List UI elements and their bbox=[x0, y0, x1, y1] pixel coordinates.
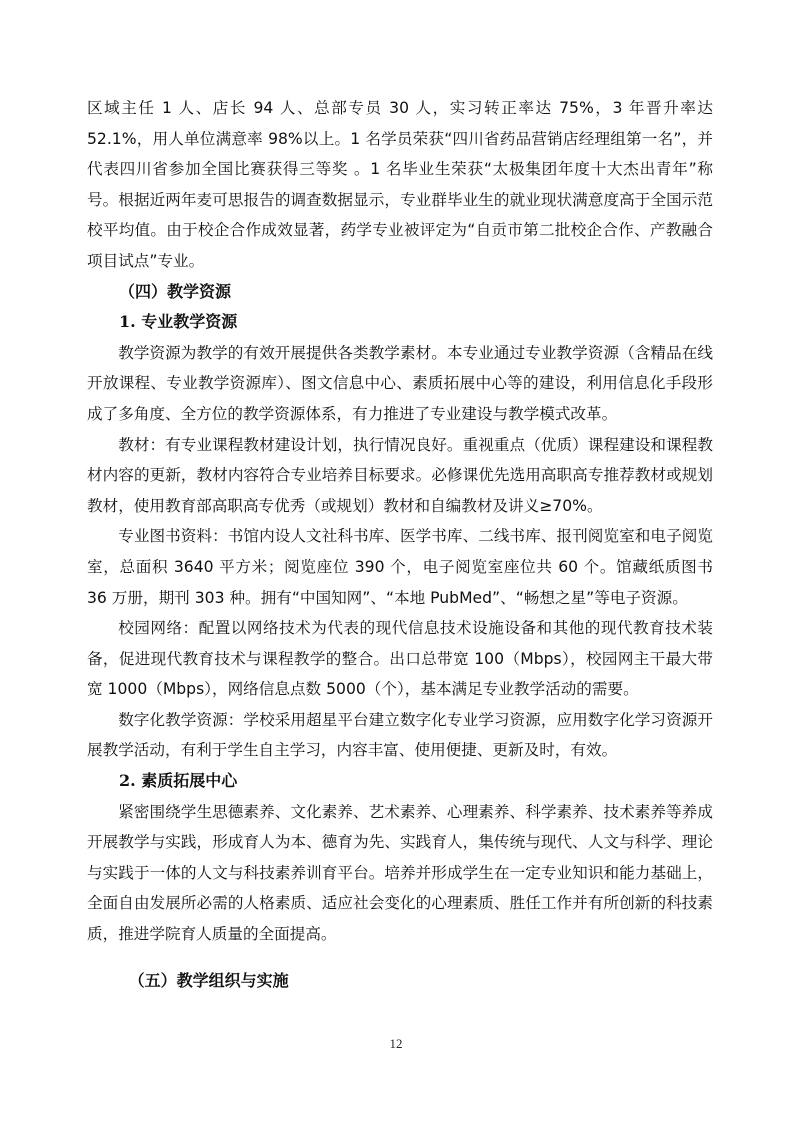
page-body: 区域主任 1 人、店长 94 人、总部专员 30 人，实习转正率达 75%，3 … bbox=[87, 93, 713, 996]
paragraph-employment-outcomes: 区域主任 1 人、店长 94 人、总部专员 30 人，实习转正率达 75%，3 … bbox=[87, 93, 713, 277]
section-heading-teaching-resources: （四）教学资源 bbox=[87, 277, 713, 308]
document-page: 区域主任 1 人、店长 94 人、总部专员 30 人，实习转正率达 75%，3 … bbox=[0, 0, 792, 1121]
page-number: 12 bbox=[0, 1036, 792, 1052]
paragraph-resources-intro: 教学资源为教学的有效开展提供各类教学素材。本专业通过专业教学资源（含精品在线开放… bbox=[87, 338, 713, 430]
section-heading-teaching-organization: （五）教学组织与实施 bbox=[87, 966, 713, 997]
subsection-heading-quality-center: 2. 素质拓展中心 bbox=[87, 766, 713, 797]
paragraph-textbooks: 教材：有专业课程教材建设计划，执行情况良好。重视重点（优质）课程建设和课程教材内… bbox=[87, 430, 713, 522]
paragraph-campus-network: 校园网络：配置以网络技术为代表的现代信息技术设施设备和其他的现代教育技术装备，促… bbox=[87, 613, 713, 705]
paragraph-library: 专业图书资料：书馆内设人文社科书库、医学书库、二线书库、报刊阅览室和电子阅览室，… bbox=[87, 521, 713, 613]
subsection-heading-professional-resources: 1. 专业教学资源 bbox=[87, 307, 713, 338]
paragraph-digital-resources: 数字化教学资源：学校采用超星平台建立数字化专业学习资源，应用数字化学习资源开展教… bbox=[87, 705, 713, 766]
paragraph-quality-center: 紧密围绕学生思德素养、文化素养、艺术素养、心理素养、科学素养、技术素养等养成开展… bbox=[87, 797, 713, 950]
